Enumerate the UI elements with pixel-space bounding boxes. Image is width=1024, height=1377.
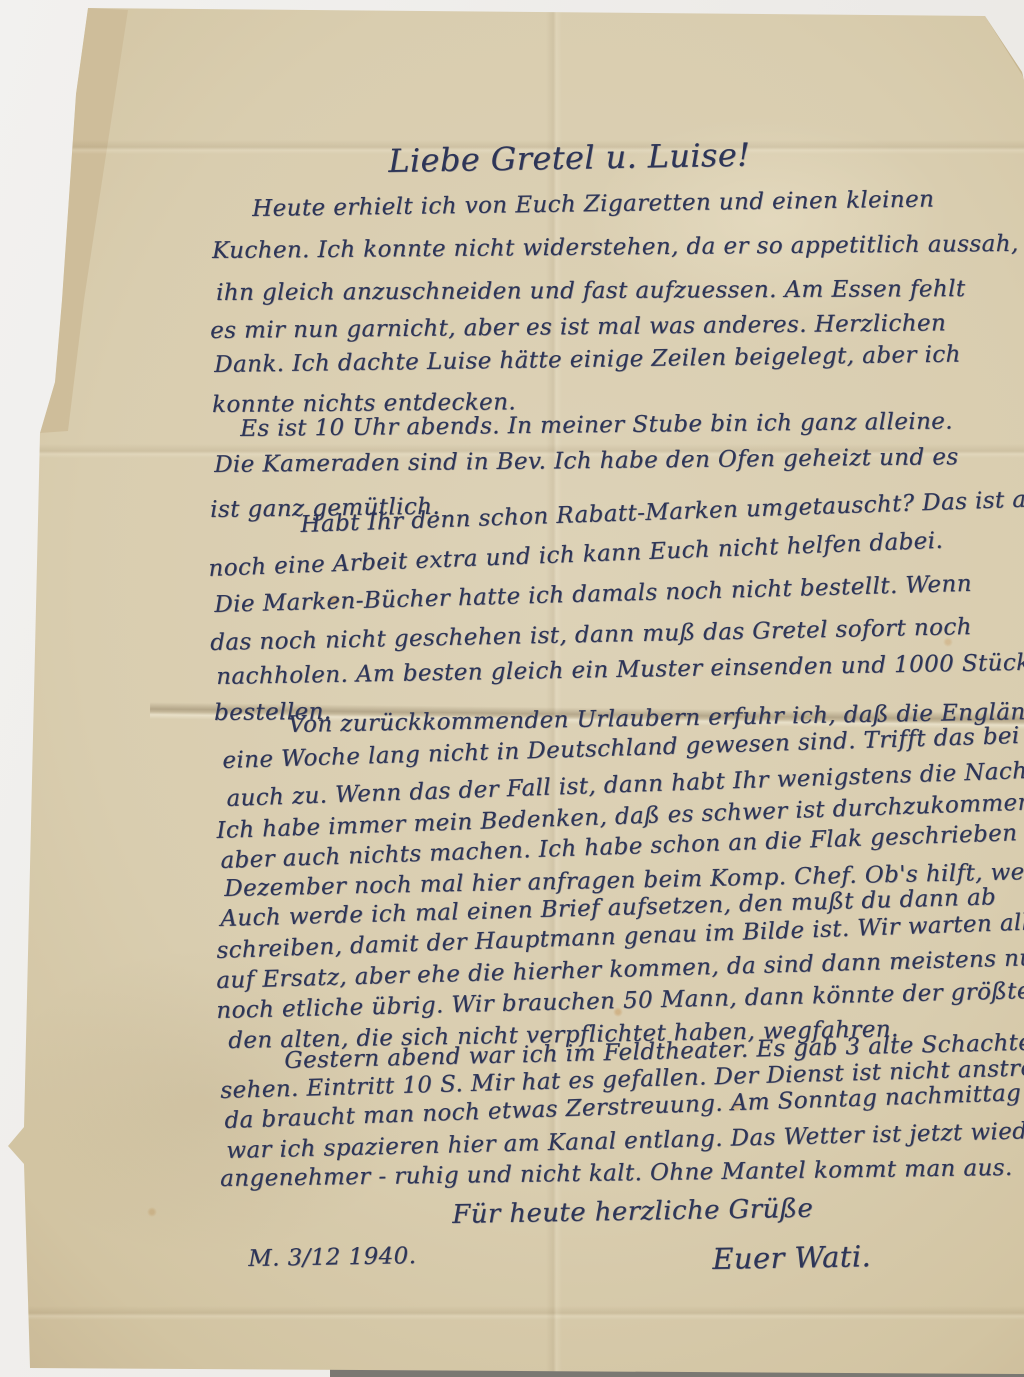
- date-line: M. 3/12 1940.: [248, 1243, 417, 1272]
- signature: Euer Wati.: [712, 1239, 871, 1276]
- letter-line: nachholen. Am besten gleich ein Muster e…: [216, 650, 1024, 690]
- letter-line: Dank. Ich dachte Luise hätte einige Zeil…: [214, 342, 961, 378]
- letter-line: Heute erhielt ich von Euch Zigaretten un…: [252, 186, 934, 222]
- letter-line: es mir nun garnicht, aber es ist mal was…: [210, 310, 946, 344]
- salutation: Liebe Gretel u. Luise!: [388, 136, 751, 180]
- letter-line: ihn gleich anzuschneiden und fast aufzue…: [216, 276, 966, 306]
- letter-line: Die Kameraden sind in Bev. Ich habe den …: [214, 444, 959, 478]
- letter-line: Kuchen. Ich konnte nicht widerstehen, da…: [212, 231, 1019, 264]
- letter-content: Liebe Gretel u. Luise! Heute erhielt ich…: [0, 0, 1024, 1377]
- letter-line: das noch nicht geschehen ist, dann muß d…: [210, 614, 972, 656]
- letter-line: Die Marken-Bücher hatte ich damals noch …: [214, 571, 972, 618]
- closing: Für heute herzliche Grüße: [452, 1194, 813, 1230]
